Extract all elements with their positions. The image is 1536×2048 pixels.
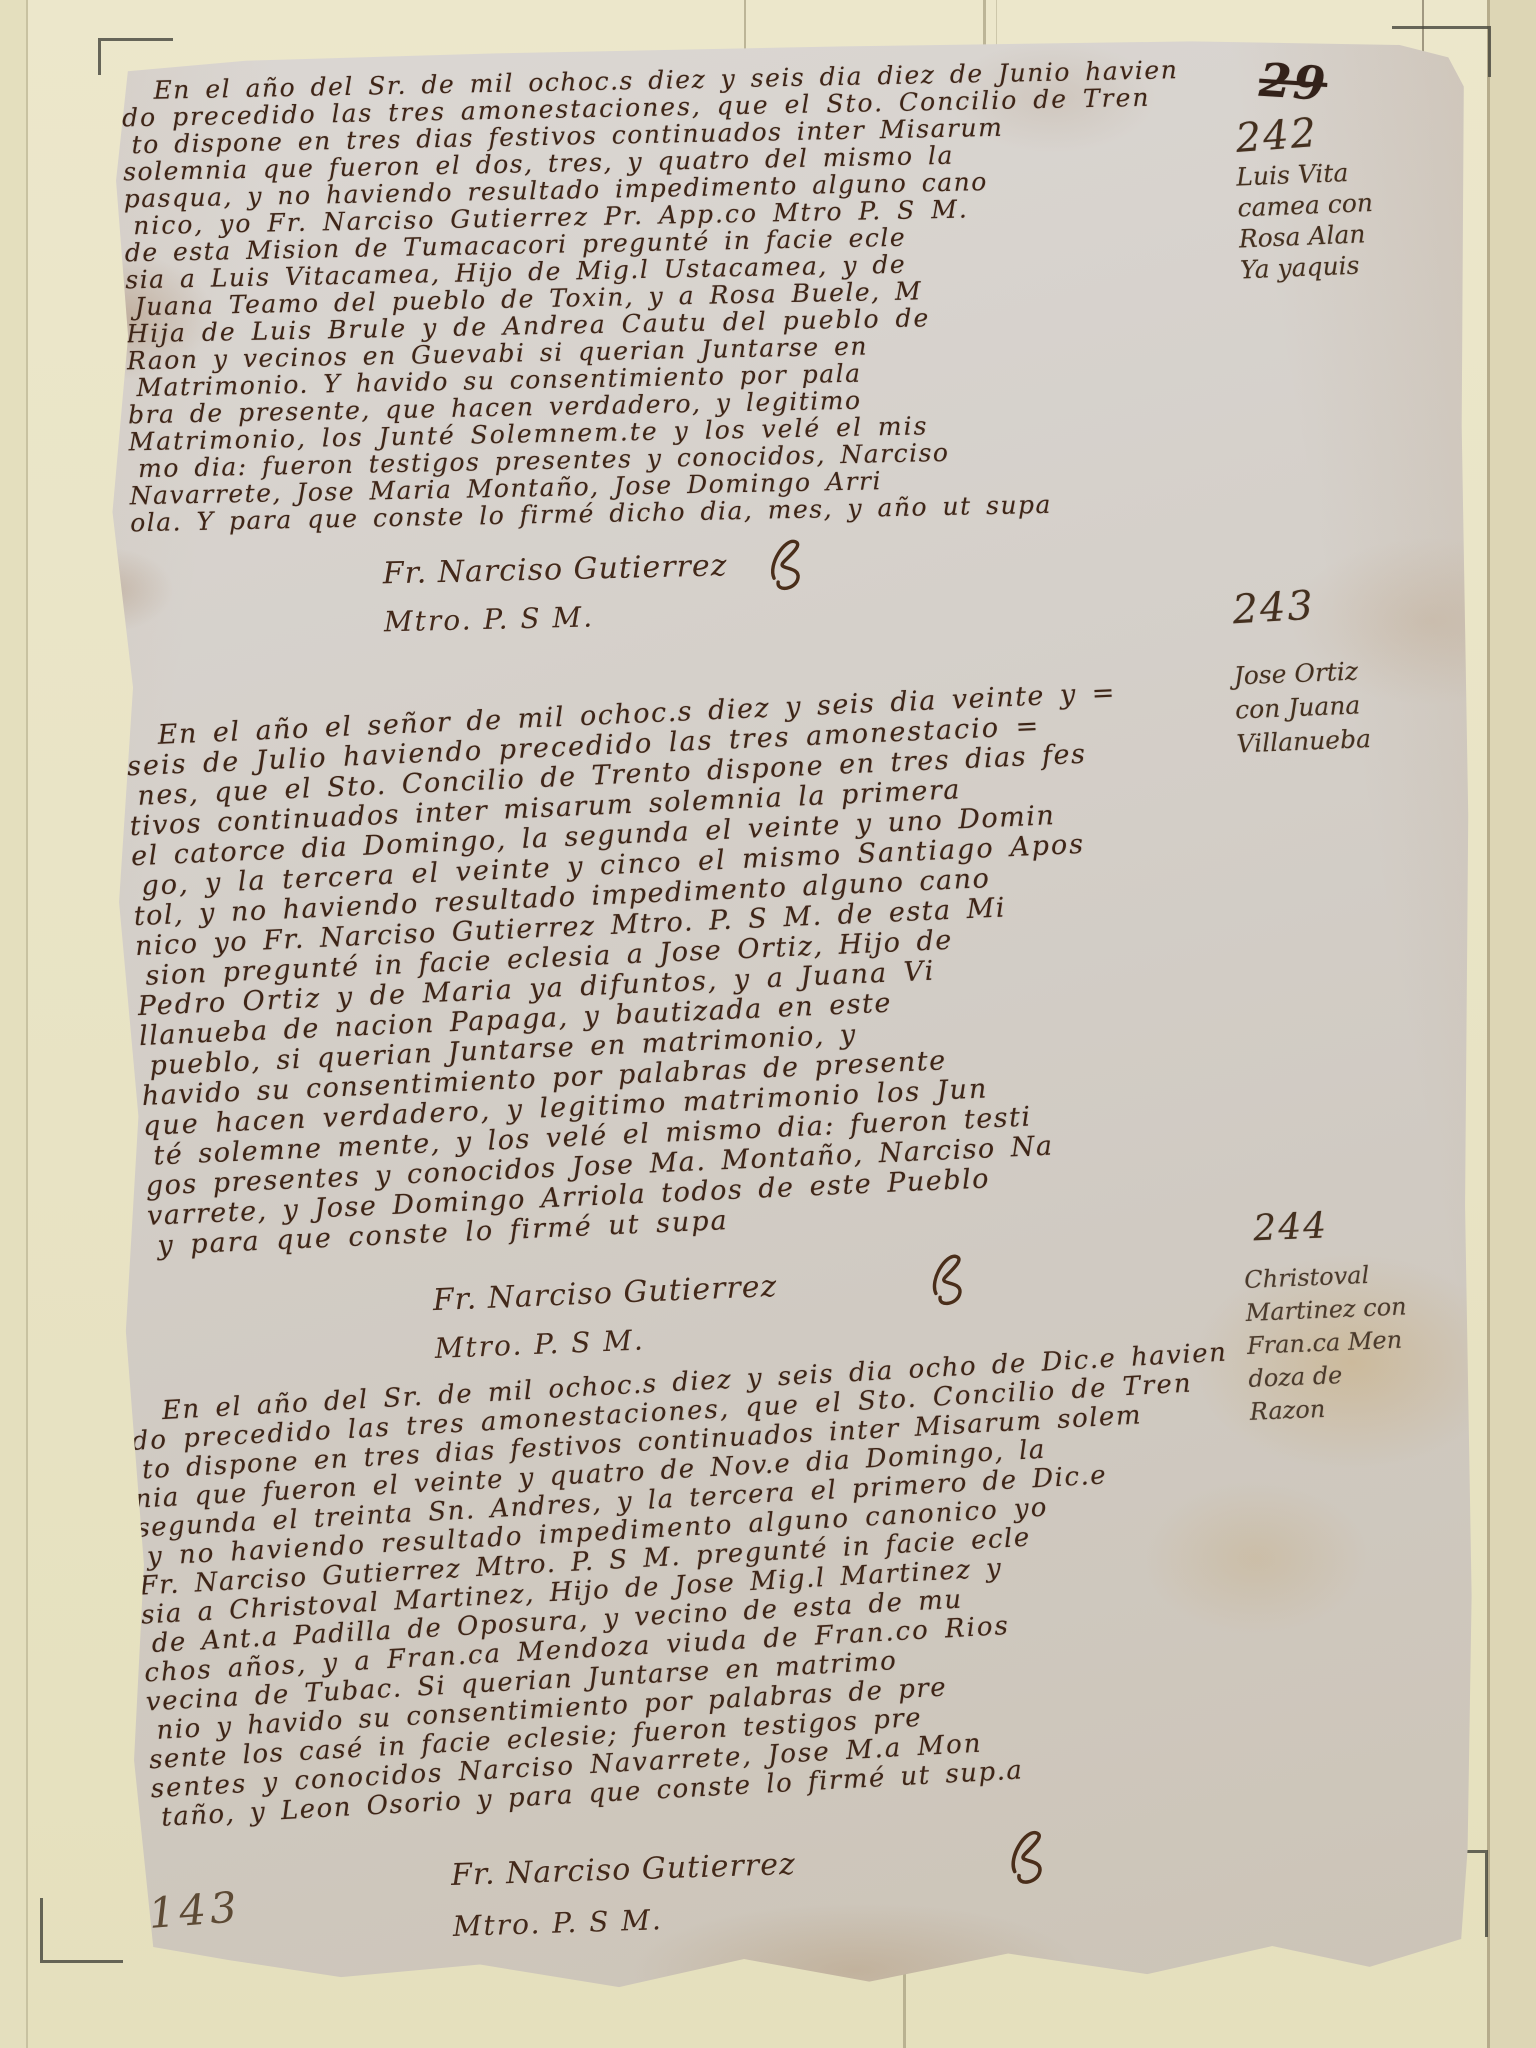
signature-name: Fr. Narciso Gutierrez [451, 1846, 797, 1892]
rubric-flourish [765, 533, 806, 594]
margin-note-243: Jose Ortizcon JuanaVillanueba [1233, 654, 1371, 761]
photographed-manuscript: { "document": { "page_number": "143", "e… [0, 0, 1536, 2048]
margin-note-line: Villanueba [1236, 722, 1372, 761]
mat-right-strip [1487, 0, 1536, 2048]
margin-number-244: 244 [1252, 1205, 1328, 1249]
page-number: 143 [147, 1882, 243, 1938]
margin-number-242: 242 [1234, 110, 1320, 162]
entry-244-signature: Fr. Narciso Gutierrez Mtro. P. S M. [450, 1809, 1483, 1943]
register-entry-244: En el año del Sr. de mil ochoc.s diez y … [87, 1393, 1480, 1945]
entry-244-body: En el año del Sr. de mil ochoc.s diez y … [87, 1339, 1236, 1835]
signature-name: Fr. Narciso Gutierrez [382, 548, 727, 591]
margin-note-line: Fran.ca Men [1246, 1323, 1408, 1363]
margin-note-line: Jose Ortiz [1233, 654, 1369, 693]
margin-note-line: Ya yaquis [1239, 249, 1376, 286]
margin-note-line: Razon [1249, 1389, 1411, 1429]
margin-note-242: Luis Vitacamea conRosa AlanYa yaquis [1236, 156, 1376, 285]
rubric-flourish [1004, 1823, 1048, 1890]
mat-left-strip [0, 0, 28, 2048]
entry-243-body: En el año el señor de mil ochoc.s diez y… [83, 674, 1233, 1264]
margin-number-struck-29: 29 [1258, 53, 1329, 111]
corner-mark-bottom-left [40, 1898, 123, 1963]
margin-number-243: 243 [1231, 583, 1316, 634]
margin-note-244: ChristovalMartinez conFran.ca Mendoza de… [1244, 1257, 1412, 1428]
manuscript-text-area: En el año del Sr. de mil ochoc.s diez y … [79, 36, 1481, 1994]
signature-name: Fr. Narciso Gutierrez [432, 1268, 778, 1317]
manuscript-page: En el año del Sr. de mil ochoc.s diez y … [79, 36, 1481, 1994]
margin-note-line: con Juana [1234, 688, 1370, 727]
entry-242-body: En el año del Sr. de mil ochoc.s diez y … [79, 56, 1215, 538]
rubric-flourish [926, 1248, 968, 1310]
